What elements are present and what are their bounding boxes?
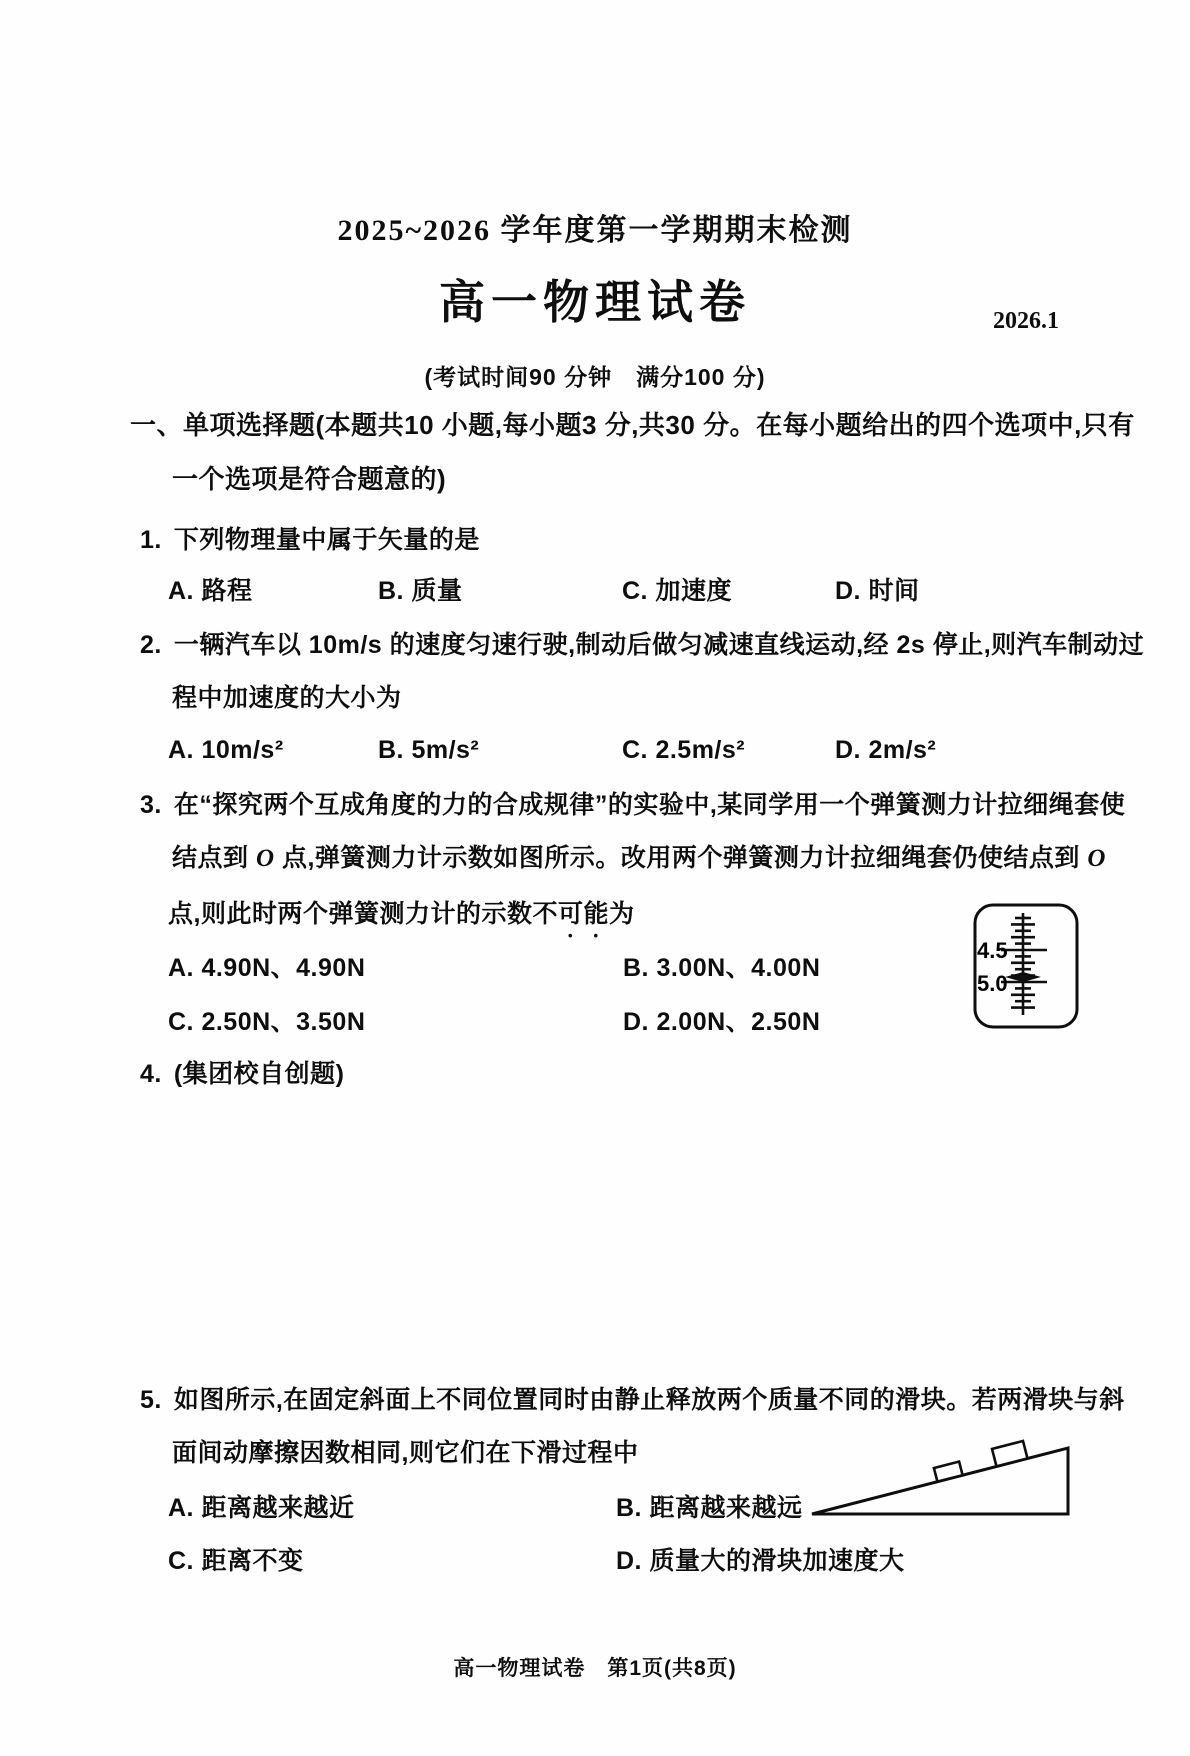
question-4-number: 4. — [140, 1062, 162, 1087]
page-footer: 高一物理试卷 第1页(共8页) — [0, 1658, 1190, 1679]
question-5-number: 5. — [140, 1388, 162, 1413]
question-2-text-line1: 2.一辆汽车以 10m/s 的速度匀速行驶,制动后做匀减速直线运动,经 2s 停… — [140, 633, 1144, 658]
question-5-text-line1: 5.如图所示,在固定斜面上不同位置同时由静止释放两个质量不同的滑块。若两滑块与斜 — [140, 1388, 1125, 1413]
q5-option-d: D. 质量大的滑块加速度大 — [616, 1549, 904, 1574]
q3-point-o-symbol-2: O — [1087, 845, 1106, 872]
question-2-number: 2. — [140, 633, 162, 658]
exam-session-line: 2025~2026 学年度第一学期期末检测 — [0, 216, 1190, 246]
q3-line3-emphasized: 可能 — [558, 900, 609, 928]
question-3-text-line3: 点,则此时两个弹簧测力计的示数不可能为 — [168, 900, 634, 943]
q1-option-c: C. 加速度 — [622, 579, 732, 604]
q3-line3-part1: 点,则此时两个弹簧测力计的示数不 — [168, 900, 558, 928]
question-2-text-line2: 程中加速度的大小为 — [172, 686, 402, 711]
spring-scale-pointer — [1005, 972, 1041, 982]
slider-block-small — [934, 1462, 963, 1482]
q5-option-c: C. 距离不变 — [168, 1549, 303, 1574]
q3-option-d: D. 2.00N、2.50N — [623, 1010, 820, 1035]
question-5-stem-line1: 如图所示,在固定斜面上不同位置同时由静止释放两个质量不同的滑块。若两滑块与斜 — [174, 1386, 1125, 1414]
exam-date: 2026.1 — [993, 309, 1059, 333]
question-4-text: 4.(集团校自创题) — [140, 1062, 345, 1087]
q3-line3-part2: 为 — [609, 900, 635, 928]
exam-paper-page: 2025~2026 学年度第一学期期末检测 高一物理试卷 2026.1 (考试时… — [0, 0, 1190, 1756]
q3-option-c: C. 2.50N、3.50N — [168, 1010, 365, 1035]
q2-option-b: B. 5m/s² — [378, 738, 479, 763]
q2-option-d: D. 2m/s² — [835, 738, 936, 763]
question-1-stem: 下列物理量中属于矢量的是 — [174, 526, 480, 554]
question-3-stem-line1: 在“探究两个互成角度的力的合成规律”的实验中,某同学用一个弹簧测力计拉细绳套使 — [174, 791, 1125, 819]
exam-info-line: (考试时间90 分钟 满分100 分) — [0, 366, 1190, 389]
question-2-stem-line1: 一辆汽车以 10m/s 的速度匀速行驶,制动后做匀减速直线运动,经 2s 停止,… — [174, 631, 1144, 659]
inclined-plane-figure — [798, 1434, 1080, 1520]
question-5-text-line2: 面间动摩擦因数相同,则它们在下滑过程中 — [172, 1441, 638, 1466]
q3-option-a: A. 4.90N、4.90N — [168, 956, 365, 981]
section1-heading-line1: 一、单项选择题(本题共10 小题,每小题3 分,共30 分。在每小题给出的四个选… — [130, 412, 1135, 438]
q1-option-b: B. 质量 — [378, 579, 462, 604]
question-1-text: 1.下列物理量中属于矢量的是 — [140, 528, 480, 553]
section1-heading-line2: 一个选项是符合题意的) — [172, 466, 446, 492]
question-4-stem: (集团校自创题) — [174, 1060, 345, 1088]
q3-line2-part2: 点,弹簧测力计示数如图所示。改用两个弹簧测力计拉细绳套仍使结点到 — [275, 844, 1088, 872]
q5-option-a: A. 距离越来越近 — [168, 1496, 354, 1521]
q2-option-a: A. 10m/s² — [168, 738, 284, 763]
q3-line2-part1: 结点到 — [172, 844, 256, 872]
q1-option-a: A. 路程 — [168, 579, 252, 604]
spring-scale-ticks — [1001, 913, 1047, 1015]
q5-option-b: B. 距离越来越远 — [616, 1496, 802, 1521]
q3-point-o-symbol-1: O — [256, 845, 275, 872]
question-3-text-line1: 3.在“探究两个互成角度的力的合成规律”的实验中,某同学用一个弹簧测力计拉细绳套… — [140, 793, 1125, 818]
q3-option-b: B. 3.00N、4.00N — [623, 956, 820, 981]
question-3-text-line2: 结点到 O 点,弹簧测力计示数如图所示。改用两个弹簧测力计拉细绳套仍使结点到 O — [172, 846, 1106, 871]
question-1-number: 1. — [140, 528, 162, 553]
spring-scale-label-5-0: 5.0 — [977, 971, 1008, 996]
q2-option-c: C. 2.5m/s² — [622, 738, 745, 763]
slider-block-large — [992, 1441, 1027, 1466]
spring-scale-figure: 4.5 5.0 — [971, 901, 1081, 1031]
sliding-blocks — [934, 1441, 1028, 1482]
q1-option-d: D. 时间 — [835, 579, 919, 604]
question-3-number: 3. — [140, 793, 162, 818]
spring-scale-label-4-5: 4.5 — [977, 938, 1008, 963]
